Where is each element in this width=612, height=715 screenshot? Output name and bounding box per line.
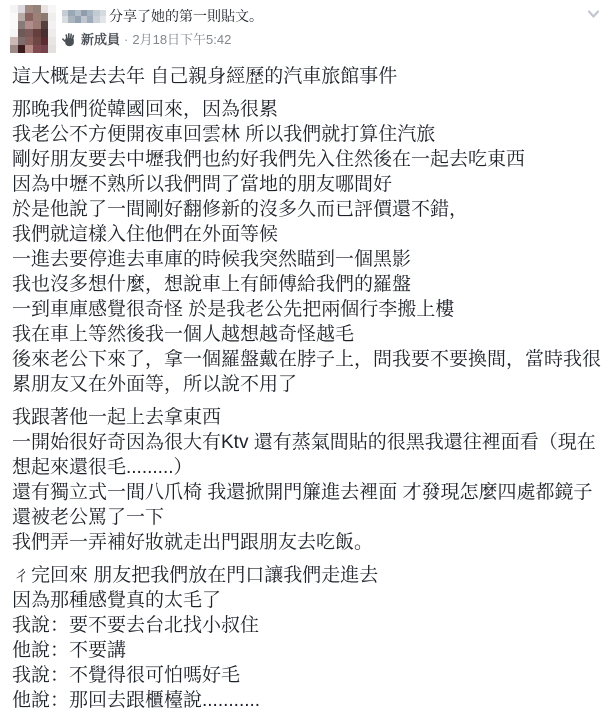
post-paragraph: ㄔ完回來 朋友把我們放在門口讓我們走進去因為那種感覺真的太毛了我說：要不要去台北… xyxy=(12,563,606,713)
post-line: 因為中壢不熟所以我們問了當地的朋友哪間好 xyxy=(12,172,606,197)
mosaic-pixel xyxy=(18,37,26,45)
post-line: 我老公不方便開夜車回雲林 所以我們就打算住汽旅 xyxy=(12,122,606,147)
mosaic-pixel xyxy=(48,5,56,13)
post-line: 我也沒多想什麼，想說車上有師傅給我們的羅盤 xyxy=(12,272,606,297)
post-paragraph: 我跟著他一起上去拿東西一開始很好奇因為很大有Ktv 還有蒸氣間貼的很黑我還往裡面… xyxy=(12,405,606,555)
post-action-text: 分享了她的第一則貼文。 xyxy=(109,6,263,26)
new-member-badge-label: 新成員 xyxy=(81,31,120,48)
post-line: 一開始很好奇因為很大有Ktv 還有蒸氣間貼的很黑我還往裡面看（現在想起來還很毛.… xyxy=(12,430,606,480)
header-line-meta: 新成員 · 2月18日下午5:42 xyxy=(62,31,263,48)
post-paragraph: 這大概是去去年 自己親身經歷的汽車旅館事件 xyxy=(12,64,606,89)
mosaic-pixel xyxy=(10,21,18,29)
mosaic-pixel xyxy=(33,45,41,53)
mosaic-pixel xyxy=(10,37,18,45)
chevron-down-icon[interactable] xyxy=(586,7,601,22)
mosaic-pixel xyxy=(25,45,33,53)
post-line: 這大概是去去年 自己親身經歷的汽車旅館事件 xyxy=(12,64,606,89)
post-timestamp[interactable]: 2月18日下午5:42 xyxy=(132,31,231,48)
post-line: ㄔ完回來 朋友把我們放在門口讓我們走進去 xyxy=(12,563,606,588)
post-line: 他說：那回去跟櫃檯說........... xyxy=(12,688,606,713)
mosaic-pixel xyxy=(48,45,56,53)
post-line: 那晚我們從韓國回來，因為很累 xyxy=(12,97,606,122)
mosaic-pixel xyxy=(10,29,18,37)
mosaic-pixel xyxy=(10,13,18,21)
author-name-redacted[interactable] xyxy=(62,10,106,23)
header-line-action: 分享了她的第一則貼文。 xyxy=(62,6,263,26)
post-line: 於是他說了一間剛好翻修新的沒多久而已評價還不錯， xyxy=(12,197,606,222)
post-line: 他說：不要講 xyxy=(12,638,606,663)
post-line: 我們弄一弄補好妝就走出門跟朋友去吃飯。 xyxy=(12,530,606,555)
mosaic-pixel xyxy=(25,37,33,45)
post-line: 後來老公下來了，拿一個羅盤戴在脖子上，問我要不要換間，當時我很累朋友又在外面等，… xyxy=(12,347,606,397)
mosaic-pixel xyxy=(100,16,106,23)
avatar[interactable] xyxy=(10,5,56,53)
post-line: 一到車庫感覺很奇怪 於是我老公先把兩個行李搬上樓 xyxy=(12,297,606,322)
mosaic-pixel xyxy=(10,5,18,13)
post-paragraph: 那晚我們從韓國回來，因為很累我老公不方便開夜車回雲林 所以我們就打算住汽旅剛好朋… xyxy=(12,97,606,397)
mosaic-pixel xyxy=(18,5,26,13)
facebook-post: 分享了她的第一則貼文。 新成員 xyxy=(0,0,612,715)
mosaic-pixel xyxy=(18,29,26,37)
mosaic-pixel xyxy=(18,13,26,21)
post-line: 剛好朋友要去中壢我們也約好我們先入住然後在一起去吃東西 xyxy=(12,147,606,172)
post-line: 我在車上等然後我一個人越想越奇怪越毛 xyxy=(12,322,606,347)
post-line: 一進去要停進去車庫的時候我突然瞄到一個黑影 xyxy=(12,247,606,272)
post-body: 這大概是去去年 自己親身經歷的汽車旅館事件那晚我們從韓國回來，因為很累我老公不方… xyxy=(12,64,606,715)
mosaic-pixel xyxy=(41,21,49,29)
mosaic-pixel xyxy=(33,21,41,29)
mosaic-pixel xyxy=(33,29,41,37)
mosaic-pixel xyxy=(48,29,56,37)
mosaic-pixel xyxy=(48,13,56,21)
mosaic-pixel xyxy=(33,13,41,21)
mosaic-pixel xyxy=(41,13,49,21)
mosaic-pixel xyxy=(25,13,33,21)
post-line: 還有獨立式一間八爪椅 我還掀開門簾進去裡面 才發現怎麼四處都鏡子還被老公罵了一下 xyxy=(12,480,606,530)
mosaic-pixel xyxy=(25,21,33,29)
mosaic-pixel xyxy=(41,45,49,53)
mosaic-pixel xyxy=(41,29,49,37)
mosaic-pixel xyxy=(33,5,41,13)
header-text: 分享了她的第一則貼文。 新成員 xyxy=(62,6,263,48)
mosaic-pixel xyxy=(10,45,18,53)
post-header: 分享了她的第一則貼文。 新成員 xyxy=(0,0,612,62)
mosaic-pixel xyxy=(48,37,56,45)
mosaic-pixel xyxy=(41,5,49,13)
meta-separator: · xyxy=(124,31,128,48)
post-line: 我們就這樣入住他們在外面等候 xyxy=(12,222,606,247)
waving-hand-icon xyxy=(62,32,77,47)
mosaic-pixel xyxy=(18,21,26,29)
mosaic-pixel xyxy=(41,37,49,45)
mosaic-pixel xyxy=(25,29,33,37)
post-line: 我說：要不要去台北找小叔住 xyxy=(12,613,606,638)
mosaic-pixel xyxy=(33,37,41,45)
post-line: 我說：不覺得很可怕嗎好毛 xyxy=(12,663,606,688)
post-line: 因為那種感覺真的太毛了 xyxy=(12,588,606,613)
post-line: 我跟著他一起上去拿東西 xyxy=(12,405,606,430)
mosaic-pixel xyxy=(25,5,33,13)
mosaic-pixel xyxy=(18,45,26,53)
mosaic-pixel xyxy=(48,21,56,29)
